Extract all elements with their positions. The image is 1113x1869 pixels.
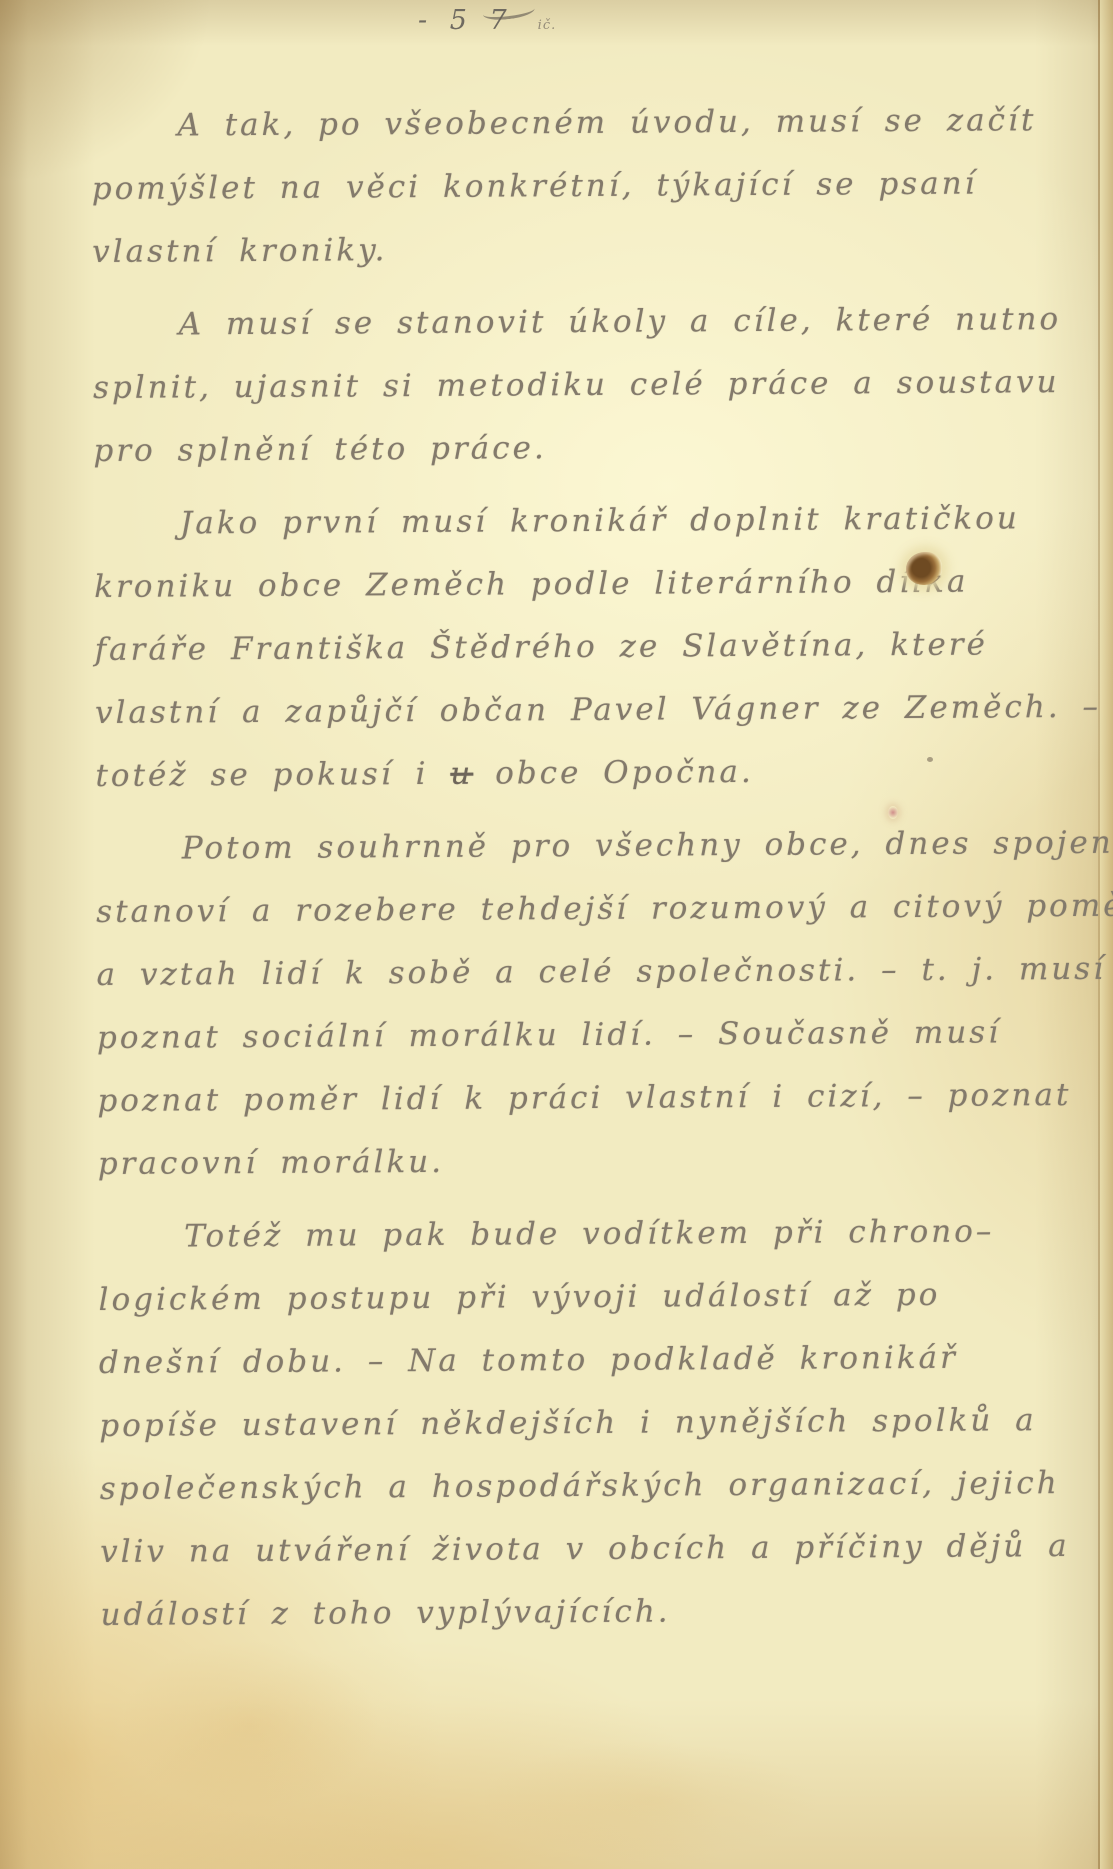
handwriting-area: A tak, po všeobecném úvodu, musí se začí… [91,89,1078,1657]
handwritten-line: vliv na utváření života v obcích a příči… [100,1515,1077,1584]
handwritten-line: a vztah lidí k sobě a celé společnosti. … [96,938,1073,1007]
handwritten-line: A tak, po všeobecném úvodu, musí se začí… [91,89,1068,158]
page-number: - 5 7ič. [418,5,556,36]
handwritten-line: popíše ustavení někdejších i nynějších s… [99,1389,1076,1458]
handwritten-line: poznat sociální morálku lidí. – Současně… [97,1001,1074,1070]
handwritten-text: Jako první musí kronikář doplnit kratičk… [180,500,1020,541]
handwritten-text: pracovní morálku. [98,1144,445,1182]
handwritten-line: vlastní a zapůjčí občan Pavel Vágner ze … [95,676,1072,745]
paper-stain [480,1740,820,1860]
paragraph: Totéž mu pak bude vodítkem při chrono–lo… [98,1200,1078,1647]
handwritten-line: totéž se pokusí i u obce Opočna. [95,739,1072,808]
handwritten-text: stanoví a rozebere tehdejší rozumový a c… [96,888,1113,930]
handwritten-text: logickém postupu při vývoji událostí až … [98,1277,940,1318]
paper-right-edge [1100,0,1113,1869]
handwritten-text: A tak, po všeobecném úvodu, musí se začí… [177,102,1036,143]
paragraph: A tak, po všeobecném úvodu, musí se začí… [91,89,1069,284]
handwritten-line: Potom souhrnně pro všechny obce, dnes sp… [96,812,1073,881]
handwritten-text: Totéž mu pak bude vodítkem při chrono– [184,1214,994,1255]
handwritten-text: kroniku obce Zeměch podle literárního dí… [94,564,968,605]
handwritten-text: totéž se pokusí i [95,756,450,794]
handwritten-text: událostí z toho vyplývajících. [100,1593,670,1632]
handwritten-text: a vztah lidí k sobě a celé společnosti. … [97,951,1107,993]
handwritten-line: poznat poměr lidí k práci vlastní i cizí… [97,1064,1074,1133]
struck-word: u [450,756,473,792]
small-ink-dot [927,757,933,762]
handwritten-text: společenských a hospodářských organizací… [100,1465,1060,1507]
paper-edge-crease [1098,0,1100,1869]
handwritten-text: poznat poměr lidí k práci vlastní i cizí… [97,1077,1071,1119]
pink-ink-blemish [888,806,898,819]
handwritten-line: vlastní kroniky. [92,215,1069,284]
handwritten-text: popíše ustavení někdejších i nynějších s… [99,1402,1036,1444]
page-number-note: ič. [538,18,557,33]
paragraph: Jako první musí kronikář doplnit kratičk… [94,487,1073,808]
handwritten-text: vlastní kroniky. [92,232,387,270]
paragraph: A musí se stanovit úkoly a cíle, které n… [92,288,1070,483]
handwritten-text: splnit, ujasnit si metodiku celé práce a… [93,364,1060,406]
handwritten-text: obce Opočna. [473,754,754,792]
handwritten-line: A musí se stanovit úkoly a cíle, které n… [92,288,1069,357]
handwritten-text: dnešní dobu. – Na tomto podkladě kroniká… [99,1340,958,1381]
paper-stain [120,1640,380,1810]
handwritten-line: pracovní morálku. [98,1127,1075,1196]
handwritten-text: A musí se stanovit úkoly a cíle, které n… [179,301,1062,342]
handwritten-line: faráře Františka Štědrého ze Slavětína, … [94,613,1071,682]
handwritten-line: událostí z toho vyplývajících. [100,1578,1077,1647]
handwritten-line: Jako první musí kronikář doplnit kratičk… [94,487,1071,556]
manuscript-page-scan: - 5 7ič. A tak, po všeobecném úvodu, mus… [0,0,1113,1869]
handwritten-line: společenských a hospodářských organizací… [100,1452,1077,1521]
paragraph: Potom souhrnně pro všechny obce, dnes sp… [96,812,1075,1196]
handwritten-line: dnešní dobu. – Na tomto podkladě kroniká… [99,1326,1076,1395]
handwritten-line: stanoví a rozebere tehdejší rozumový a c… [96,875,1073,944]
handwritten-text: pomýšlet na věci konkrétní, týkající se … [92,166,978,207]
handwritten-line: logickém postupu při vývoji událostí až … [98,1263,1075,1332]
handwritten-text: poznat sociální morálku lidí. – Současně… [97,1014,1001,1056]
paper-hole-blemish [906,552,942,585]
handwritten-line: pomýšlet na věci konkrétní, týkající se … [92,152,1069,221]
handwritten-line: Totéž mu pak bude vodítkem při chrono– [98,1200,1075,1269]
handwritten-text: faráře Františka Štědrého ze Slavětína, … [95,627,989,668]
handwritten-text: Potom souhrnně pro všechny obce, dnes sp… [182,825,1113,867]
handwritten-text: vliv na utváření života v obcích a příči… [100,1528,1070,1570]
handwritten-text: pro splnění této práce. [93,430,547,469]
handwritten-line: pro splnění této práce. [93,414,1070,483]
handwritten-text: vlastní a zapůjčí občan Pavel Vágner ze … [95,689,1101,731]
handwritten-line: splnit, ujasnit si metodiku celé práce a… [93,351,1070,420]
